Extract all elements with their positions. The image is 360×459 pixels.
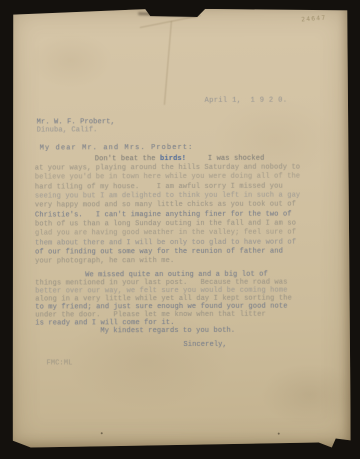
letter-paper: 24647 April 1, 1 9 2 0. Mr. W. F. Prober… <box>9 6 351 448</box>
paper-crease <box>164 21 172 105</box>
typist-initials: FMC:ML <box>46 359 72 367</box>
letter-line: Christie's. I can't imagine anything fin… <box>35 211 292 220</box>
letter-line: of our finding out some way for the reun… <box>35 248 283 257</box>
photo-background: 24647 April 1, 1 9 2 0. Mr. W. F. Prober… <box>0 0 360 459</box>
letter-line: at your ways, playing around the hills S… <box>35 164 300 173</box>
paper-crease <box>140 15 201 28</box>
letter-line: seeing you but I am delighted to think y… <box>35 192 300 201</box>
pencil-number: 24647 <box>301 15 327 24</box>
letter-line-post: I was shocked <box>186 155 264 163</box>
letter-line: very happy mood and so many little chick… <box>35 201 296 210</box>
letter-line: hard tiling of my house. I am awful sorr… <box>35 183 283 192</box>
emphasized-word: birds! <box>160 155 186 163</box>
letter-line-pre: Don't beat the <box>95 155 160 163</box>
letter-line: Don't beat the birds! I was shocked <box>95 155 265 164</box>
regards-line: My kindest regards to you both. <box>100 327 235 335</box>
torn-edge <box>138 12 196 17</box>
salutation: My dear Mr. and Mrs. Probert: <box>40 144 194 153</box>
closing-line: Sincerely, <box>183 341 227 349</box>
letter-line: your photograph, he can with me. <box>35 257 174 265</box>
recipient-name: Mr. W. F. Probert, <box>37 118 115 126</box>
letter-line: both of us than a long Sunday outing in … <box>35 220 296 229</box>
dust-speck <box>101 432 103 434</box>
recipient-city: Dinuba, Calif. <box>37 126 98 134</box>
letter-line: glad you are having good weather in the … <box>35 229 296 238</box>
letter-line: them about there and I will be only too … <box>35 239 296 248</box>
date-line: April 1, 1 9 2 0. <box>205 97 288 105</box>
letter-line: believe you'd be in town here while you … <box>35 173 300 182</box>
dust-speck <box>278 433 280 435</box>
